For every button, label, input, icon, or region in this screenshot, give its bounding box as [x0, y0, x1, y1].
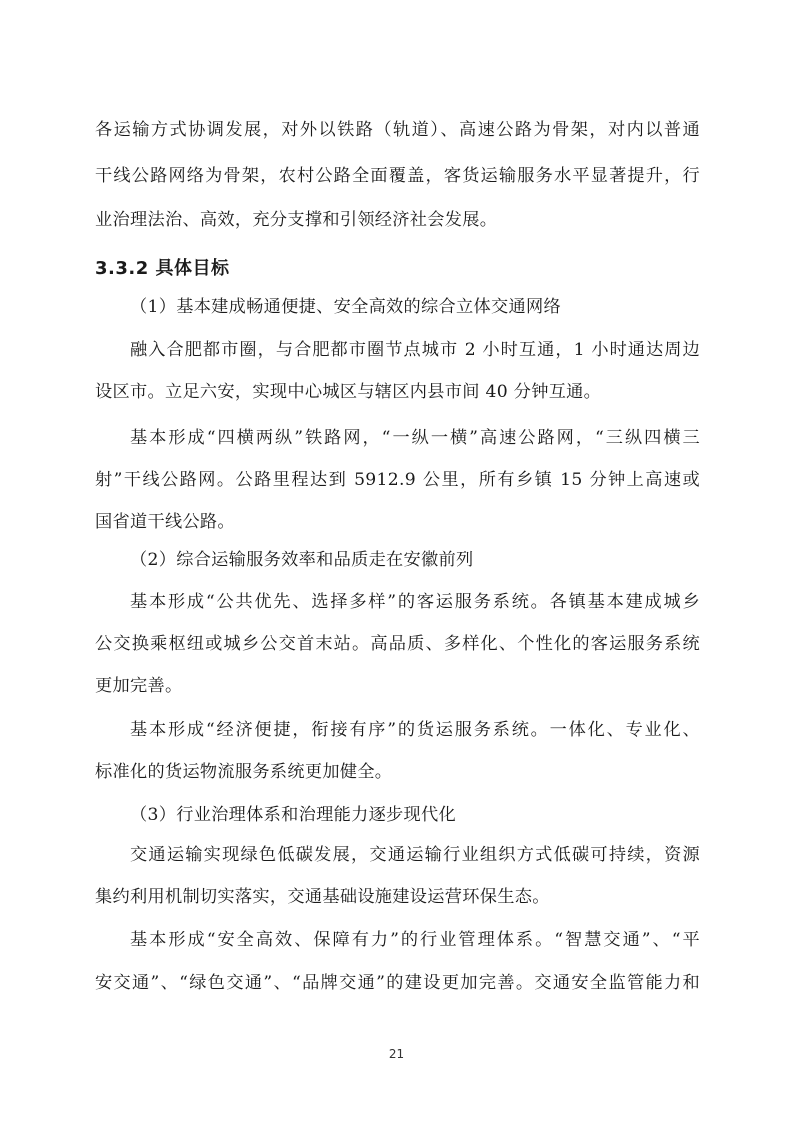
subsection-title-2: （2）综合运输服务效率和品质走在安徽前列	[130, 549, 700, 571]
paragraph-line: 更加完善。	[95, 675, 700, 697]
subsection-title-3: （3）行业治理体系和治理能力逐步现代化	[130, 804, 700, 826]
paragraph-line: 基本形成“经济便捷，衔接有序”的货运服务系统。一体化、专业化、	[130, 719, 700, 741]
page-number: 21	[0, 1047, 793, 1061]
paragraph-line: 交通运输实现绿色低碳发展，交通运输行业组织方式低碳可持续，资源	[130, 844, 700, 866]
paragraph-line: 安交通”、“绿色交通”、“品牌交通”的建设更加完善。交通安全监管能力和	[95, 972, 700, 994]
document-page: 各运输方式协调发展，对外以铁路（轨道）、高速公路为骨架，对内以普通 干线公路网络…	[0, 0, 793, 1122]
paragraph-line: 基本形成“公共优先、选择多样”的客运服务系统。各镇基本建成城乡	[130, 591, 700, 613]
paragraph-line: 标准化的货运物流服务系统更加健全。	[95, 761, 700, 783]
paragraph-line: 集约利用机制切实落实，交通基础设施建设运营环保生态。	[95, 886, 700, 908]
paragraph-line: 公交换乘枢纽或城乡公交首末站。高品质、多样化、个性化的客运服务系统	[95, 633, 700, 655]
paragraph-line: 设区市。立足六安，实现中心城区与辖区内县市间 40 分钟互通。	[95, 381, 700, 403]
paragraph-line: 基本形成“四横两纵”铁路网，“一纵一横”高速公路网，“三纵四横三	[130, 427, 700, 449]
subsection-title-1: （1）基本建成畅通便捷、安全高效的综合立体交通网络	[130, 296, 700, 318]
intro-line: 干线公路网络为骨架，农村公路全面覆盖，客货运输服务水平显著提升，行	[95, 165, 700, 187]
paragraph-line: 射”干线公路网。公路里程达到 5912.9 公里，所有乡镇 15 分钟上高速或	[95, 469, 700, 491]
intro-line: 各运输方式协调发展，对外以铁路（轨道）、高速公路为骨架，对内以普通	[95, 119, 700, 141]
section-heading: 3.3.2 具体目标	[95, 257, 230, 281]
intro-line: 业治理法治、高效，充分支撑和引领经济社会发展。	[95, 209, 700, 231]
paragraph-line: 基本形成“安全高效、保障有力”的行业管理体系。“智慧交通”、“平	[130, 929, 700, 951]
paragraph-line: 融入合肥都市圈，与合肥都市圈节点城市 2 小时互通，1 小时通达周边	[130, 339, 700, 361]
paragraph-line: 国省道干线公路。	[95, 511, 700, 533]
